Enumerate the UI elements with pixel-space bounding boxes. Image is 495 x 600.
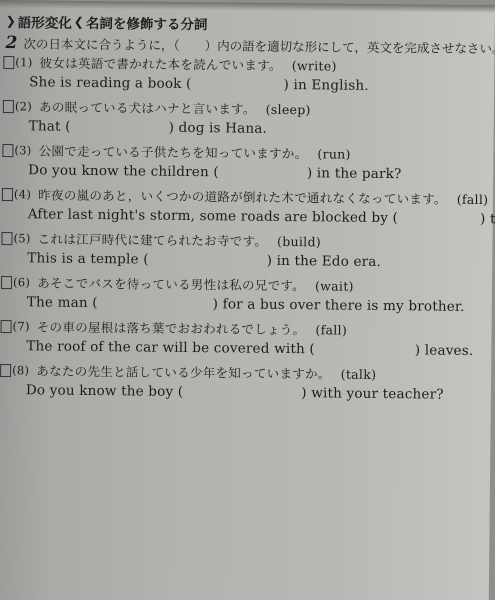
checkbox[interactable] [3, 100, 14, 113]
exercise-item: (4) 昨夜の嵐のあと，いくつかの道路が倒れた木で通れなくなっています。 (fa… [2, 184, 495, 230]
japanese-sentence: その車の屋根は落ち葉でおおわれるでしょう。 [37, 317, 306, 338]
japanese-sentence: 公園で走っている子供たちを知っていますか。 [39, 141, 308, 162]
answer-blank[interactable] [219, 176, 307, 177]
item-number: (2) [15, 99, 32, 113]
verb-hint: (build) [277, 233, 321, 248]
item-number: (6) [13, 275, 30, 289]
japanese-sentence: あなたの先生と話している少年を知っていますか。 [36, 361, 331, 382]
answer-blank[interactable] [98, 307, 213, 308]
checkbox[interactable] [2, 188, 13, 201]
exercise-item: (1) 彼女は英語で書かれた本を読んでいます。 (write) She is r… [3, 52, 369, 96]
answer-blank[interactable] [183, 396, 301, 397]
section-header: ❯ 語形変化 ❮ 名詞を修飾する分詞 [6, 11, 208, 33]
arrow-right-icon: ❯ [6, 14, 16, 28]
exercise-item: (7) その車の屋根は落ち葉でおおわれるでしょう。 (fall) The roo… [0, 316, 473, 361]
english-sentence: After last night's storm, some roads are… [2, 204, 495, 230]
exercise-item: (2) あの眠っている犬はハナと言います。 (sleep) That () do… [3, 96, 311, 139]
checkbox[interactable] [3, 56, 14, 69]
exercise-item: (6) あそこでバスを待っている男性は私の兄です。 (wait) The man… [1, 272, 465, 317]
item-number: (3) [14, 143, 31, 157]
checkbox[interactable] [1, 232, 12, 245]
checkbox[interactable] [1, 320, 12, 333]
verb-hint: (write) [292, 58, 337, 73]
verb-hint: (sleep) [266, 101, 311, 116]
english-sentence: This is a temple () in the Edo era. [1, 248, 381, 272]
section-title: 語形変化 [18, 11, 72, 32]
english-sentence: Do you know the boy () with your teacher… [0, 380, 444, 405]
item-number: (7) [13, 319, 30, 333]
answer-blank[interactable] [149, 264, 267, 265]
checkbox[interactable] [1, 276, 12, 289]
textbook-page: ❯ 語形変化 ❮ 名詞を修飾する分詞 2 次の日本文に合うように，（ ）内の語を… [0, 0, 495, 600]
exercise-item: (8) あなたの先生と話している少年を知っていますか。 (talk) Do yo… [0, 360, 444, 405]
english-sentence: The roof of the car will be covered with… [0, 336, 473, 361]
verb-hint: (wait) [315, 278, 354, 293]
english-sentence: That () dog is Hana. [3, 116, 311, 139]
item-number: (5) [13, 231, 30, 245]
item-number: (4) [14, 187, 31, 201]
checkbox[interactable] [2, 144, 13, 157]
japanese-sentence: あそこでバスを待っている男性は私の兄です。 [37, 273, 305, 294]
japanese-sentence: これは江戸時代に建てられたお寺です。 [38, 229, 268, 249]
english-sentence: The man () for a bus over there is my br… [1, 292, 465, 317]
exercise-item: (5) これは江戸時代に建てられたお寺です。 (build) This is a… [1, 228, 381, 272]
answer-blank[interactable] [315, 353, 415, 354]
arrow-left-icon: ❮ [74, 15, 84, 29]
verb-hint: (run) [317, 146, 350, 161]
english-sentence: Do you know the children () in the park? [2, 160, 401, 184]
answer-blank[interactable] [192, 88, 284, 89]
answer-blank[interactable] [71, 131, 169, 132]
checkbox[interactable] [0, 364, 11, 377]
japanese-sentence: 彼女は英語で書かれた本を読んでいます。 [39, 53, 281, 74]
verb-hint: (fall) [315, 322, 347, 337]
verb-hint: (fall) [457, 191, 489, 206]
section-topic: 名詞を修飾する分詞 [86, 12, 208, 33]
verb-hint: (talk) [341, 366, 377, 381]
english-sentence: She is reading a book () in English. [3, 72, 369, 96]
exercise-number: 2 [5, 33, 17, 53]
item-number: (8) [12, 363, 29, 377]
answer-blank[interactable] [398, 222, 480, 223]
item-number: (1) [15, 55, 32, 69]
japanese-sentence: あの眠っている犬はハナと言います。 [39, 97, 256, 117]
exercise-item: (3) 公園で走っている子供たちを知っていますか。 (run) Do you k… [2, 140, 402, 184]
